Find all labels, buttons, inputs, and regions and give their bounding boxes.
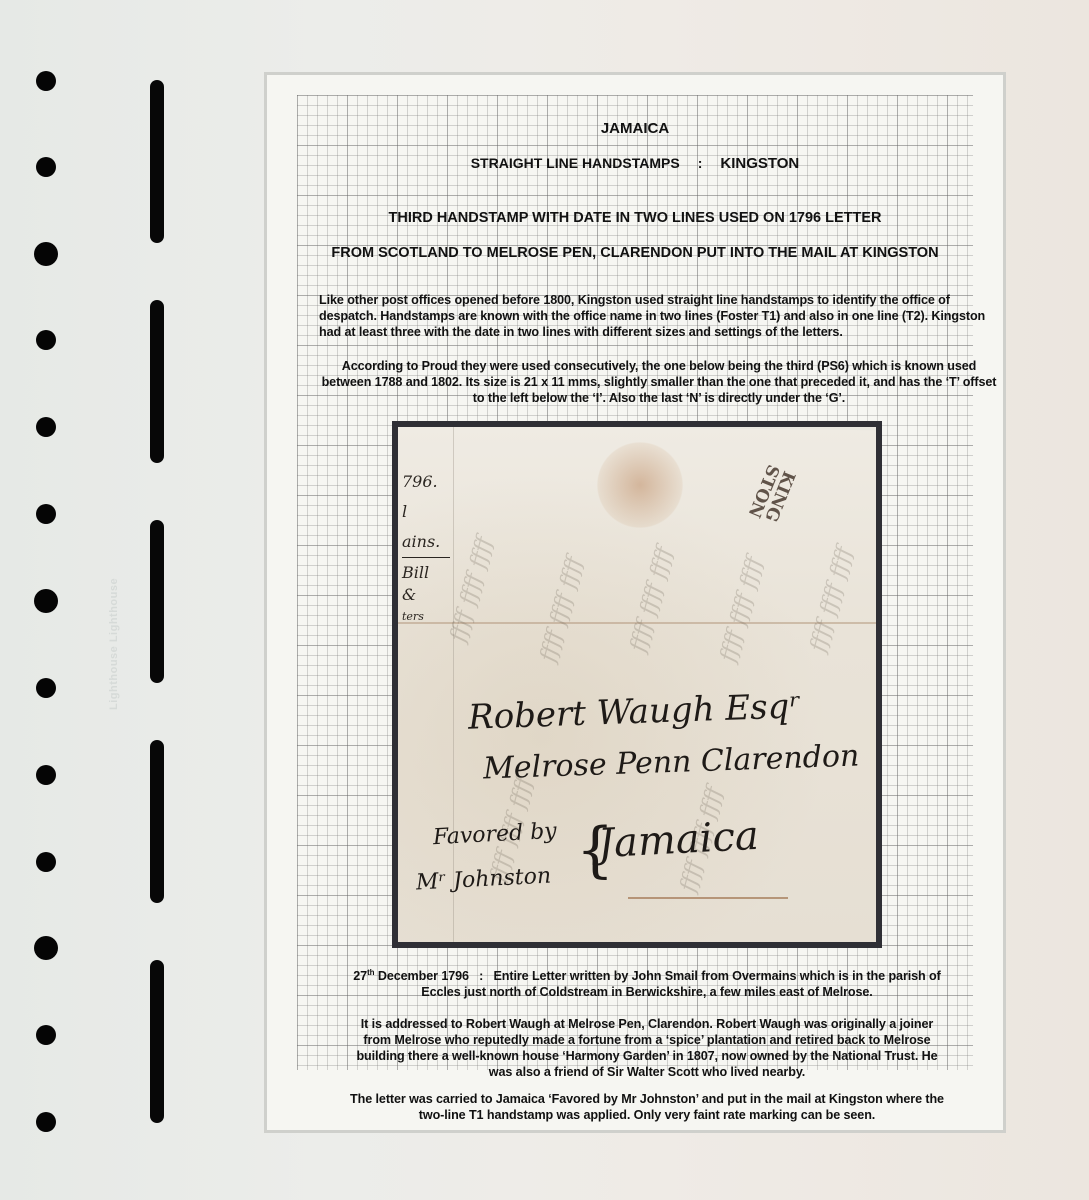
page-subtitle: STRAIGHT LINE HANDSTAMPS:KINGSTON <box>267 155 1003 172</box>
docket-line: 796. <box>402 467 454 497</box>
intro-paragraph-1: Like other post offices opened before 18… <box>319 292 999 340</box>
binder-slot <box>150 740 164 903</box>
binder-slot <box>150 960 164 1123</box>
binder-hole <box>36 852 56 872</box>
note-paragraph-2: The letter was carried to Jamaica ‘Favor… <box>347 1091 947 1123</box>
address-line-1: Robert Waugh Esqʳ <box>467 686 801 738</box>
binder-slot <box>150 80 164 243</box>
binder-hole <box>36 765 56 785</box>
docket-line: Bill <box>402 558 454 588</box>
binder-hole <box>36 678 56 698</box>
binder-hole <box>34 242 58 266</box>
show-through-writing: ffff ffff ffff <box>536 554 588 664</box>
caption-separator: : <box>469 969 494 983</box>
docket-notation: 796. l ains. Bill & ters <box>402 467 454 632</box>
address-destination: Jamaica <box>597 813 760 867</box>
binder-slot <box>150 300 164 463</box>
binder-slot <box>150 520 164 683</box>
binder-hole <box>36 1025 56 1045</box>
headline-2: FROM SCOTLAND TO MELROSE PEN, CLARENDON … <box>267 245 1003 261</box>
letter-mount: ffff ffff ffff ffff ffff ffff ffff ffff … <box>392 421 882 948</box>
caption-date-day: 27 <box>353 969 367 983</box>
docket-line: l <box>402 497 454 527</box>
favored-by-line-2: Mʳ Johnston <box>415 863 551 895</box>
subtitle-separator: : <box>698 155 703 171</box>
caption-date-rest: December 1796 <box>374 969 469 983</box>
binder-hole <box>34 936 58 960</box>
show-through-writing: ffff ffff ffff <box>806 544 858 654</box>
paper-flap <box>623 427 876 430</box>
binder-hole <box>36 504 56 524</box>
subtitle-place: KINGSTON <box>720 155 799 172</box>
favored-by-line-1: Favored by <box>432 819 557 850</box>
binder-hole <box>36 71 56 91</box>
docket-line: ains. <box>402 527 454 557</box>
page-title: JAMAICA <box>267 120 1003 137</box>
binder-hole <box>36 417 56 437</box>
intro-paragraph-2: According to Proud they were used consec… <box>319 358 999 406</box>
kingston-handstamp: KING STON <box>745 462 797 526</box>
album-watermark: Lighthouse Lighthouse <box>108 520 148 710</box>
binder-hole <box>36 157 56 177</box>
show-through-writing: ffff ffff ffff <box>626 544 678 654</box>
address-line-2: Melrose Penn Clarendon <box>483 738 860 786</box>
binder-hole <box>36 1112 56 1132</box>
headline-1: THIRD HANDSTAMP WITH DATE IN TWO LINES U… <box>267 210 1003 226</box>
binder-hole <box>36 330 56 350</box>
caption: 27th December 1796 : Entire Letter writt… <box>347 965 947 1000</box>
binder-hole <box>34 589 58 613</box>
docket-line: ters <box>402 602 454 632</box>
destination-underline <box>628 897 788 899</box>
entire-letter-image: ffff ffff ffff ffff ffff ffff ffff ffff … <box>398 427 876 942</box>
subtitle-label: STRAIGHT LINE HANDSTAMPS <box>471 155 680 171</box>
note-paragraph-1: It is addressed to Robert Waugh at Melro… <box>347 1016 947 1080</box>
show-through-writing: ffff ffff ffff <box>716 554 768 664</box>
caption-text: Entire Letter written by John Smail from… <box>421 969 940 999</box>
docket-line: & <box>402 588 454 602</box>
